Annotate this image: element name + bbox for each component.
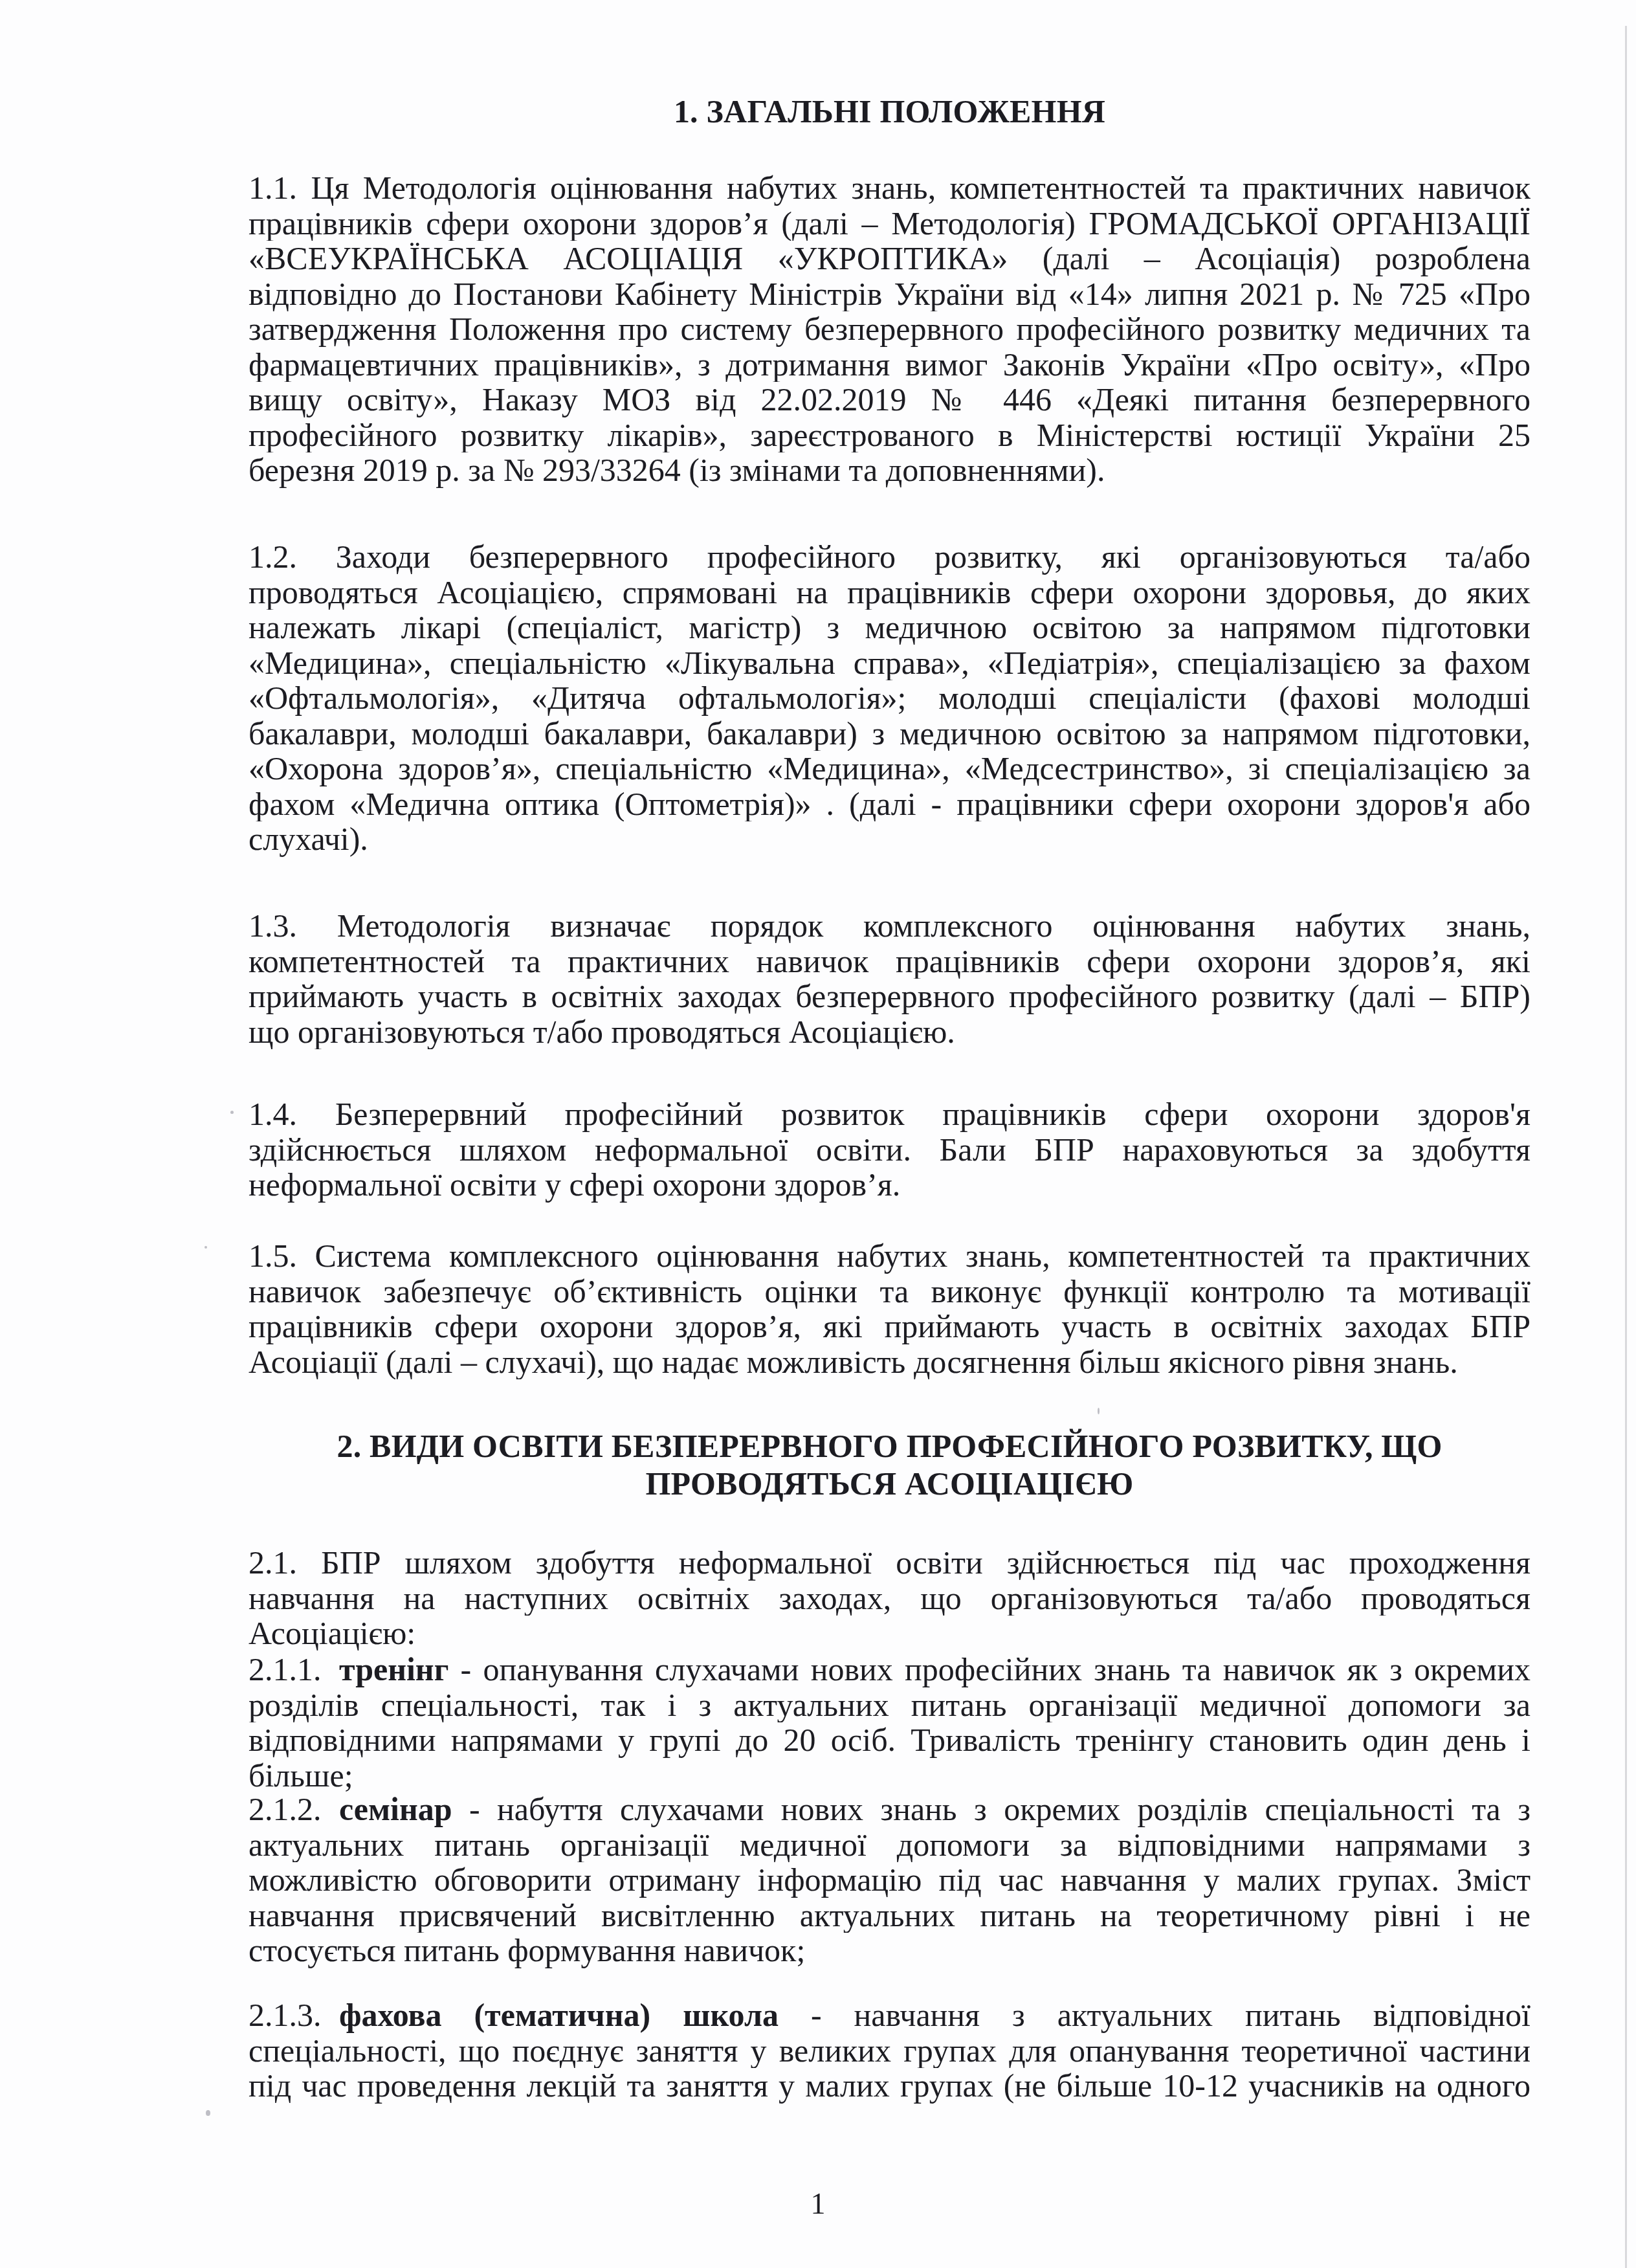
paragraph-1-3: 1.3. Методологія визначає порядок компле… (249, 908, 1531, 1049)
text-line: компетентностей та практичних навичок пр… (249, 944, 1531, 979)
section-1-heading: 1. ЗАГАЛЬНІ ПОЛОЖЕННЯ (249, 93, 1531, 130)
term-seminar: семінар (339, 1792, 452, 1827)
text-line: проводяться Асоціацією, спрямовані на пр… (249, 575, 1531, 610)
text-line: 2.1. БПР шляхом здобуття неформальної ос… (249, 1545, 1531, 1581)
paragraph-2-1-3: 2.1.3.фахова (тематична) школа - навчанн… (249, 1997, 1531, 2104)
definition-text: - набуття слухачами нових знань з окреми… (452, 1792, 1531, 1827)
paragraph-1-4: 1.4. Безперервний професійний розвиток п… (249, 1096, 1531, 1203)
text-line: працівників сфери охорони здоров’я (далі… (249, 206, 1531, 241)
scan-speck (230, 1111, 234, 1114)
text-line: розділів спеціальності, так і з актуальн… (249, 1687, 1531, 1723)
heading-line: 2. ВИДИ ОСВІТИ БЕЗПЕРЕРВНОГО ПРОФЕСІЙНОГ… (249, 1427, 1531, 1465)
text-line: професійного розвитку лікарів», зареєстр… (249, 417, 1531, 453)
text-line: 1.5. Система комплексного оцінювання наб… (249, 1238, 1531, 1274)
text-line: неформальної освіти у сфері охорони здор… (249, 1167, 1531, 1203)
scan-speck (1098, 1408, 1100, 1414)
paragraph-2-1-1: 2.1.1.тренінг - опанування слухачами нов… (249, 1652, 1531, 1793)
paragraph-2-1-2: 2.1.2.семінар - набуття слухачами нових … (249, 1792, 1531, 1968)
definition-text: - опанування слухачами нових професійних… (448, 1652, 1531, 1687)
definition-text: - навчання з актуальних питань відповідн… (779, 1997, 1531, 2033)
text-line: актуальних питань організації медичної д… (249, 1827, 1531, 1863)
item-number: 2.1.3. (249, 1997, 339, 2033)
paragraph-1-1: 1.1. Ця Методологія оцінювання набутих з… (249, 170, 1531, 488)
text-line: Асоціації (далі – слухачі), що надає мож… (249, 1344, 1531, 1380)
paragraph-1-2: 1.2. Заходи безперервного професійного р… (249, 539, 1531, 857)
text-line: «Офтальмологія», «Дитяча офтальмологія»;… (249, 680, 1531, 716)
text-line: Асоціацією: (249, 1616, 1531, 1651)
text-line: під час проведення лекцій та заняття у м… (249, 2068, 1531, 2104)
text-line: здійснюється шляхом неформальної освіти.… (249, 1132, 1531, 1168)
text-line: затвердження Положення про систему безпе… (249, 311, 1531, 347)
term-specialty-school: фахова (тематична) школа (339, 1997, 779, 2033)
text-line: навчання на наступних освітніх заходах, … (249, 1581, 1531, 1616)
section-2-heading: 2. ВИДИ ОСВІТИ БЕЗПЕРЕРВНОГО ПРОФЕСІЙНОГ… (249, 1427, 1531, 1502)
text-line: приймають участь в освітніх заходах безп… (249, 979, 1531, 1014)
document-page: 1. ЗАГАЛЬНІ ПОЛОЖЕННЯ 1.1. Ця Методологі… (0, 0, 1636, 2268)
text-line: відповідно до Постанови Кабінету Міністр… (249, 276, 1531, 312)
text-line: 1.2. Заходи безперервного професійного р… (249, 539, 1531, 575)
text-line: бакалаври, молодші бакалаври, бакалаври)… (249, 716, 1531, 751)
text-line: «Медицина», спеціальністю «Лікувальна сп… (249, 645, 1531, 681)
text-line: вищу освіту», Наказу МОЗ від 22.02.2019 … (249, 382, 1531, 417)
text-line: слухачі). (249, 821, 1531, 857)
text-line: «Охорона здоров’я», спеціальністю «Медиц… (249, 751, 1531, 786)
text-line: 2.1.3.фахова (тематична) школа - навчанн… (249, 1997, 1531, 2033)
text-line: 1.1. Ця Методологія оцінювання набутих з… (249, 170, 1531, 206)
text-line: «ВСЕУКРАЇНСЬКА АСОЦІАЦІЯ «УКРОПТИКА» (да… (249, 241, 1531, 276)
item-number: 2.1.2. (249, 1792, 339, 1827)
text-line: 1.4. Безперервний професійний розвиток п… (249, 1096, 1531, 1132)
text-line: навчання присвячений висвітленню актуаль… (249, 1898, 1531, 1933)
scan-page-edge (1625, 26, 1627, 2268)
page-number: 1 (0, 2186, 1636, 2221)
text-line: 2.1.1.тренінг - опанування слухачами нов… (249, 1652, 1531, 1687)
text-line: що організовуються т/або проводяться Асо… (249, 1014, 1531, 1050)
text-line: фармацевтичних працівників», з дотриманн… (249, 347, 1531, 383)
scan-speck (206, 2110, 210, 2116)
text-line: березня 2019 р. за № 293/33264 (із зміна… (249, 452, 1531, 488)
text-line: 2.1.2.семінар - набуття слухачами нових … (249, 1792, 1531, 1827)
text-line: навичок забезпечує об’єктивність оцінки … (249, 1274, 1531, 1309)
item-number: 2.1.1. (249, 1652, 339, 1687)
text-line: більше; (249, 1758, 1531, 1794)
text-line: можливістю обговорити отриману інформаці… (249, 1862, 1531, 1898)
text-line: спеціальності, що поєднує заняття у вели… (249, 2033, 1531, 2069)
scan-speck (204, 1246, 207, 1249)
text-line: 1.3. Методологія визначає порядок компле… (249, 908, 1531, 944)
text-line: фахом «Медична оптика (Оптометрія)» . (д… (249, 786, 1531, 822)
text-line: належать лікарі (спеціаліст, магістр) з … (249, 610, 1531, 645)
text-line: стосується питань формування навичок; (249, 1933, 1531, 1968)
paragraph-1-5: 1.5. Система комплексного оцінювання наб… (249, 1238, 1531, 1379)
text-line: працівників сфери охорони здоров’я, які … (249, 1309, 1531, 1344)
paragraph-2-1: 2.1. БПР шляхом здобуття неформальної ос… (249, 1545, 1531, 1651)
text-line: відповідними напрямами у групі до 20 осі… (249, 1722, 1531, 1758)
term-training: тренінг (339, 1652, 448, 1687)
heading-line: ПРОВОДЯТЬСЯ АСОЦІАЦІЄЮ (249, 1465, 1531, 1502)
